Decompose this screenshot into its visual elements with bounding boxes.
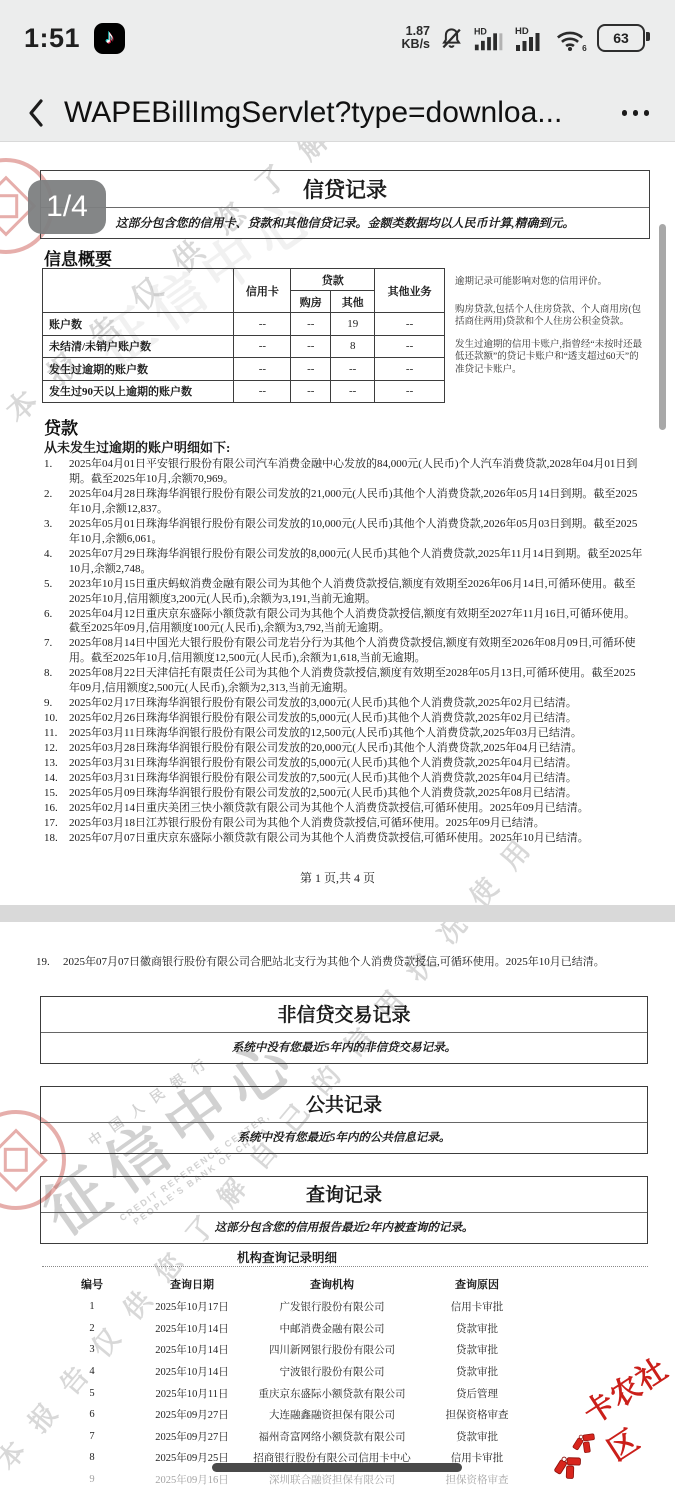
note-credit-card-overdue: 发生过逾期的信用卡账户,指曾经“未按时还最低还款额”的贷记卡账户和“透支超过60… bbox=[455, 339, 645, 377]
loan-item-text: 2025年02月17日珠海华润银行股份有限公司发放的3,000元(人民币)其他个… bbox=[69, 696, 644, 711]
page-footer: 第 1 页,共 4 页 bbox=[0, 869, 675, 886]
loan-item-text: 2025年04月01日平安银行股份有限公司汽车消费金融中心发放的84,000元(… bbox=[69, 457, 644, 487]
loan-list: 1. 2025年04月01日平安银行股份有限公司汽车消费金融中心发放的84,00… bbox=[44, 457, 644, 846]
q-org: 中邮消费金融有限公司 bbox=[242, 1321, 422, 1336]
wifi-icon: 6 bbox=[553, 25, 588, 52]
sim2-signal-icon: HD bbox=[514, 25, 544, 52]
loan-item: 7. 2025年08月14日中国光大银行股份有限公司龙岩分行为其他个人消费贷款授… bbox=[44, 636, 644, 666]
loan-item-text: 2025年08月14日中国光大银行股份有限公司龙岩分行为其他个人消费贷款授信,额… bbox=[69, 636, 644, 666]
q-number: 1 bbox=[42, 1301, 142, 1312]
q-reason: 担保资格审查 bbox=[422, 1407, 532, 1422]
section-title: 信贷记录 bbox=[41, 171, 649, 208]
loan-item-text: 2025年03月31日珠海华润银行股份有限公司发放的7,500元(人民币)其他个… bbox=[69, 771, 644, 786]
title-bar: WAPEBillImgServlet?type=downloa... bbox=[0, 86, 675, 140]
loan-item-text: 2025年03月11日珠海华润银行股份有限公司发放的12,500元(人民币)其他… bbox=[69, 726, 644, 741]
query-record-box: 查询记录 这部分包含您的信用报告最近2年内被查询的记录。 bbox=[40, 1176, 648, 1244]
query-table-row: 5 2025年10月11日 重庆京东盛际小额贷款有限公司 贷后管理 bbox=[42, 1382, 532, 1404]
query-table-header: 编号 查询日期 查询机构 查询原因 bbox=[42, 1272, 532, 1296]
section-subtitle: 系统中没有您最近5年内的公共信息记录。 bbox=[41, 1123, 647, 1153]
query-table-row: 1 2025年10月17日 广发银行股份有限公司 信用卡审批 bbox=[42, 1296, 532, 1318]
q-org: 福州奇富网络小额贷款有限公司 bbox=[242, 1429, 422, 1444]
qh-reason: 查询原因 bbox=[422, 1276, 532, 1292]
loan-item-number: 6. bbox=[44, 607, 69, 637]
loan-item-text: 2025年05月09日珠海华润银行股份有限公司发放的2,500元(人民币)其他个… bbox=[69, 786, 644, 801]
section-subtitle: 这部分包含您的信用卡、贷款和其他信贷记录。金额类数据均以人民币计算,精确到元。 bbox=[41, 208, 649, 238]
summary-row: 发生过90天以上逾期的账户数 -- -- -- -- bbox=[43, 380, 445, 403]
q-number: 9 bbox=[42, 1474, 142, 1485]
col-other-business: 其他业务 bbox=[375, 269, 445, 313]
loans-heading: 贷款 bbox=[44, 414, 78, 439]
qh-number: 编号 bbox=[42, 1276, 142, 1292]
loan-item: 6. 2025年04月12日重庆京东盛际小额贷款有限公司为其他个人消费贷款授信,… bbox=[44, 607, 644, 637]
loan-item: 5. 2023年10月15日重庆蚂蚁消费金融有限公司为其他个人消费贷款授信,额度… bbox=[44, 577, 644, 607]
loan-item-text: 2023年10月15日重庆蚂蚁消费金融有限公司为其他个人消费贷款授信,额度有效期… bbox=[69, 577, 644, 607]
page-title: WAPEBillImgServlet?type=downloa... bbox=[64, 96, 618, 130]
loan-item: 16. 2025年02月14日重庆美团三快小额贷款有限公司为其他个人消费贷款授信… bbox=[44, 801, 644, 816]
loan-item: 2. 2025年04月28日珠海华润银行股份有限公司发放的21,000元(人民币… bbox=[44, 487, 644, 517]
dotted-divider bbox=[42, 1266, 648, 1267]
loan-item-text: 2025年07月07日重庆京东盛际小额贷款有限公司为其他个人消费贷款授信,可循环… bbox=[69, 831, 644, 846]
loan-item-text: 2025年07月29日珠海华润银行股份有限公司发放的8,000元(人民币)其他个… bbox=[69, 547, 644, 577]
loan-item-text: 2025年03月28日珠海华润银行股份有限公司发放的20,000元(人民币)其他… bbox=[69, 741, 644, 756]
loan-item: 9. 2025年02月17日珠海华润银行股份有限公司发放的3,000元(人民币)… bbox=[44, 696, 644, 711]
loan-item-number: 7. bbox=[44, 636, 69, 666]
loan-item-text: 2025年07月07日徽商银行股份有限公司合肥站北支行为其他个人消费贷款授信,可… bbox=[63, 955, 605, 970]
query-table-row: 4 2025年10月14日 宁波银行股份有限公司 贷款审批 bbox=[42, 1361, 532, 1383]
q-org: 深圳联合融资担保有限公司 bbox=[242, 1472, 422, 1487]
loan-item: 8. 2025年08月22日天津信托有限责任公司为其他个人消费贷款授信,额度有效… bbox=[44, 666, 644, 696]
loan-item-text: 2025年03月31日珠海华润银行股份有限公司发放的5,000元(人民币)其他个… bbox=[69, 756, 644, 771]
q-reason: 担保资格审查 bbox=[422, 1472, 532, 1487]
summary-heading: 信息概要 bbox=[44, 245, 112, 270]
q-date: 2025年10月14日 bbox=[142, 1364, 242, 1379]
loan-item-number: 1. bbox=[44, 457, 69, 487]
query-table-row: 7 2025年09月27日 福州奇富网络小额贷款有限公司 贷款审批 bbox=[42, 1426, 532, 1448]
q-org: 四川新网银行股份有限公司 bbox=[242, 1342, 422, 1357]
back-button[interactable] bbox=[22, 93, 50, 133]
loan-item: 17. 2025年03月18日江苏银行股份有限公司为其他个人消费贷款授信,可循环… bbox=[44, 816, 644, 831]
q-date: 2025年10月14日 bbox=[142, 1342, 242, 1357]
more-menu-button[interactable] bbox=[618, 100, 654, 126]
loan-item: 10. 2025年02月26日珠海华润银行股份有限公司发放的5,000元(人民币… bbox=[44, 711, 644, 726]
credit-record-header-box: 信贷记录 这部分包含您的信用卡、贷款和其他信贷记录。金额类数据均以人民币计算,精… bbox=[40, 170, 650, 239]
summary-row: 账户数 -- -- 19 -- bbox=[43, 313, 445, 336]
q-number: 2 bbox=[42, 1323, 142, 1334]
non-credit-record-box: 非信贷交易记录 系统中没有您最近5年内的非信贷交易记录。 bbox=[40, 996, 648, 1064]
q-org: 广发银行股份有限公司 bbox=[242, 1299, 422, 1314]
q-number: 6 bbox=[42, 1409, 142, 1420]
loan-item-number: 19. bbox=[36, 955, 63, 970]
query-table-row: 6 2025年09月27日 大连融鑫融资担保有限公司 担保资格审查 bbox=[42, 1404, 532, 1426]
loan-item-text: 2025年03月18日江苏银行股份有限公司为其他个人消费贷款授信,可循环使用。2… bbox=[69, 816, 644, 831]
battery-icon: 63 bbox=[597, 24, 645, 52]
top-chrome: 1:51 ♪ 1.87 KB/s HD bbox=[0, 0, 675, 142]
q-reason: 贷款审批 bbox=[422, 1429, 532, 1444]
q-date: 2025年10月11日 bbox=[142, 1386, 242, 1401]
page-indicator-badge: 1/4 bbox=[28, 180, 106, 234]
query-table: 编号 查询日期 查询机构 查询原因 1 2025年10月17日 广发银行股份有限… bbox=[42, 1272, 532, 1490]
loan-item-text: 2025年08月22日天津信托有限责任公司为其他个人消费贷款授信,额度有效期至2… bbox=[69, 666, 644, 696]
col-credit-card: 信用卡 bbox=[234, 269, 291, 313]
loan-item-number: 18. bbox=[44, 831, 69, 846]
loan-item: 4. 2025年07月29日珠海华润银行股份有限公司发放的8,000元(人民币)… bbox=[44, 547, 644, 577]
q-number: 7 bbox=[42, 1431, 142, 1442]
summary-corner-cell bbox=[43, 269, 234, 313]
loan-item-text: 2025年02月14日重庆美团三快小额贷款有限公司为其他个人消费贷款授信,可循环… bbox=[69, 801, 644, 816]
q-date: 2025年09月27日 bbox=[142, 1407, 242, 1422]
summary-row: 未结清/未销户账户数 -- -- 8 -- bbox=[43, 335, 445, 358]
loan-item-19: 19. 2025年07月07日徽商银行股份有限公司合肥站北支行为其他个人消费贷款… bbox=[36, 955, 642, 970]
q-reason: 贷款审批 bbox=[422, 1342, 532, 1357]
q-date: 2025年10月14日 bbox=[142, 1321, 242, 1336]
loan-item-number: 12. bbox=[44, 741, 69, 756]
loan-item-number: 3. bbox=[44, 517, 69, 547]
section-title: 公共记录 bbox=[41, 1087, 647, 1123]
page-separator bbox=[0, 905, 675, 922]
loan-item-text: 2025年04月12日重庆京东盛际小额贷款有限公司为其他个人消费贷款授信,额度有… bbox=[69, 607, 644, 637]
query-table-row: 2 2025年10月14日 中邮消费金融有限公司 贷款审批 bbox=[42, 1318, 532, 1340]
section-subtitle: 系统中没有您最近5年内的非信贷交易记录。 bbox=[41, 1033, 647, 1063]
loan-item-number: 14. bbox=[44, 771, 69, 786]
note-overdue: 逾期记录可能影响对您的信用评价。 bbox=[455, 276, 645, 289]
q-org: 大连融鑫融资担保有限公司 bbox=[242, 1407, 422, 1422]
loan-item-number: 11. bbox=[44, 726, 69, 741]
loan-item: 15. 2025年05月09日珠海华润银行股份有限公司发放的2,500元(人民币… bbox=[44, 786, 644, 801]
col-loan-house: 购房 bbox=[291, 291, 331, 313]
section-subtitle: 这部分包含您的信用报告最近2年内被查询的记录。 bbox=[41, 1213, 647, 1243]
q-org: 重庆京东盛际小额贷款有限公司 bbox=[242, 1386, 422, 1401]
query-detail-title: 机构查询记录明细 bbox=[0, 1248, 574, 1266]
svg-text:6: 6 bbox=[582, 44, 587, 52]
loan-item-number: 10. bbox=[44, 711, 69, 726]
section-title: 非信贷交易记录 bbox=[41, 997, 647, 1033]
status-bar: 1:51 ♪ 1.87 KB/s HD bbox=[0, 14, 675, 62]
q-number: 3 bbox=[42, 1344, 142, 1355]
q-reason: 贷款审批 bbox=[422, 1321, 532, 1336]
q-number: 8 bbox=[42, 1452, 142, 1463]
scrollbar-thumb[interactable] bbox=[659, 224, 666, 430]
loan-item-number: 17. bbox=[44, 816, 69, 831]
public-record-box: 公共记录 系统中没有您最近5年内的公共信息记录。 bbox=[40, 1086, 648, 1154]
loan-item-number: 16. bbox=[44, 801, 69, 816]
col-loan: 贷款 bbox=[291, 269, 375, 291]
q-date: 2025年09月27日 bbox=[142, 1429, 242, 1444]
loan-item-number: 15. bbox=[44, 786, 69, 801]
loan-item: 3. 2025年05月01日珠海华润银行股份有限公司发放的10,000元(人民币… bbox=[44, 517, 644, 547]
loan-item-text: 2025年04月28日珠海华润银行股份有限公司发放的21,000元(人民币)其他… bbox=[69, 487, 644, 517]
network-speed: 1.87 KB/s bbox=[402, 25, 430, 51]
loan-item-number: 8. bbox=[44, 666, 69, 696]
phone-screen: 本报告仅供您了解自己的 征信中心 中国人民银行 征信中心 CREDIT REFE… bbox=[0, 0, 675, 1500]
loan-item-number: 2. bbox=[44, 487, 69, 517]
loan-item-number: 13. bbox=[44, 756, 69, 771]
q-date: 2025年10月17日 bbox=[142, 1299, 242, 1314]
loan-item-number: 5. bbox=[44, 577, 69, 607]
loan-item: 18. 2025年07月07日重庆京东盛际小额贷款有限公司为其他个人消费贷款授信… bbox=[44, 831, 644, 846]
loan-item-text: 2025年05月01日珠海华润银行股份有限公司发放的10,000元(人民币)其他… bbox=[69, 517, 644, 547]
svg-text:HD: HD bbox=[515, 26, 529, 37]
loan-item: 11. 2025年03月11日珠海华润银行股份有限公司发放的12,500元(人民… bbox=[44, 726, 644, 741]
qh-date: 查询日期 bbox=[142, 1276, 242, 1292]
q-reason: 贷后管理 bbox=[422, 1386, 532, 1401]
mute-bell-icon bbox=[439, 26, 464, 51]
loan-item: 13. 2025年03月31日珠海华润银行股份有限公司发放的5,000元(人民币… bbox=[44, 756, 644, 771]
q-number: 5 bbox=[42, 1388, 142, 1399]
loan-item: 12. 2025年03月28日珠海华润银行股份有限公司发放的20,000元(人民… bbox=[44, 741, 644, 756]
home-gesture-bar[interactable] bbox=[212, 1463, 462, 1472]
sim1-signal-icon: HD bbox=[473, 25, 505, 52]
chevron-left-icon bbox=[27, 97, 45, 129]
loan-item: 14. 2025年03月31日珠海华润银行股份有限公司发放的7,500元(人民币… bbox=[44, 771, 644, 786]
qh-org: 查询机构 bbox=[242, 1276, 422, 1292]
loans-subheading: 从未发生过逾期的账户明细如下: bbox=[44, 437, 230, 456]
q-reason: 信用卡审批 bbox=[422, 1299, 532, 1314]
clock: 1:51 bbox=[24, 23, 80, 54]
q-date: 2025年09月16日 bbox=[142, 1472, 242, 1487]
summary-table: 信用卡 贷款 其他业务 购房 其他 账户数 -- -- 19 -- 未结清/未销… bbox=[42, 268, 445, 403]
summary-row: 发生过逾期的账户数 -- -- -- -- bbox=[43, 358, 445, 381]
loan-item-text: 2025年02月26日珠海华润银行股份有限公司发放的5,000元(人民币)其他个… bbox=[69, 711, 644, 726]
section-title: 查询记录 bbox=[41, 1177, 647, 1213]
svg-text:HD: HD bbox=[474, 26, 487, 36]
loan-item-number: 4. bbox=[44, 547, 69, 577]
loan-item: 1. 2025年04月01日平安银行股份有限公司汽车消费金融中心发放的84,00… bbox=[44, 457, 644, 487]
col-loan-other: 其他 bbox=[331, 291, 375, 313]
query-table-row: 3 2025年10月14日 四川新网银行股份有限公司 贷款审批 bbox=[42, 1339, 532, 1361]
loan-item-number: 9. bbox=[44, 696, 69, 711]
note-house-loan: 购房贷款,包括个人住房贷款、个人商用房(包括商住两用)贷款和个人住房公积金贷款。 bbox=[455, 304, 645, 329]
tiktok-notification-icon: ♪ bbox=[94, 23, 125, 54]
summary-side-notes: 逾期记录可能影响对您的信用评价。 购房贷款,包括个人住房贷款、个人商用房(包括商… bbox=[455, 276, 645, 376]
q-number: 4 bbox=[42, 1366, 142, 1377]
q-org: 宁波银行股份有限公司 bbox=[242, 1364, 422, 1379]
q-reason: 贷款审批 bbox=[422, 1364, 532, 1379]
